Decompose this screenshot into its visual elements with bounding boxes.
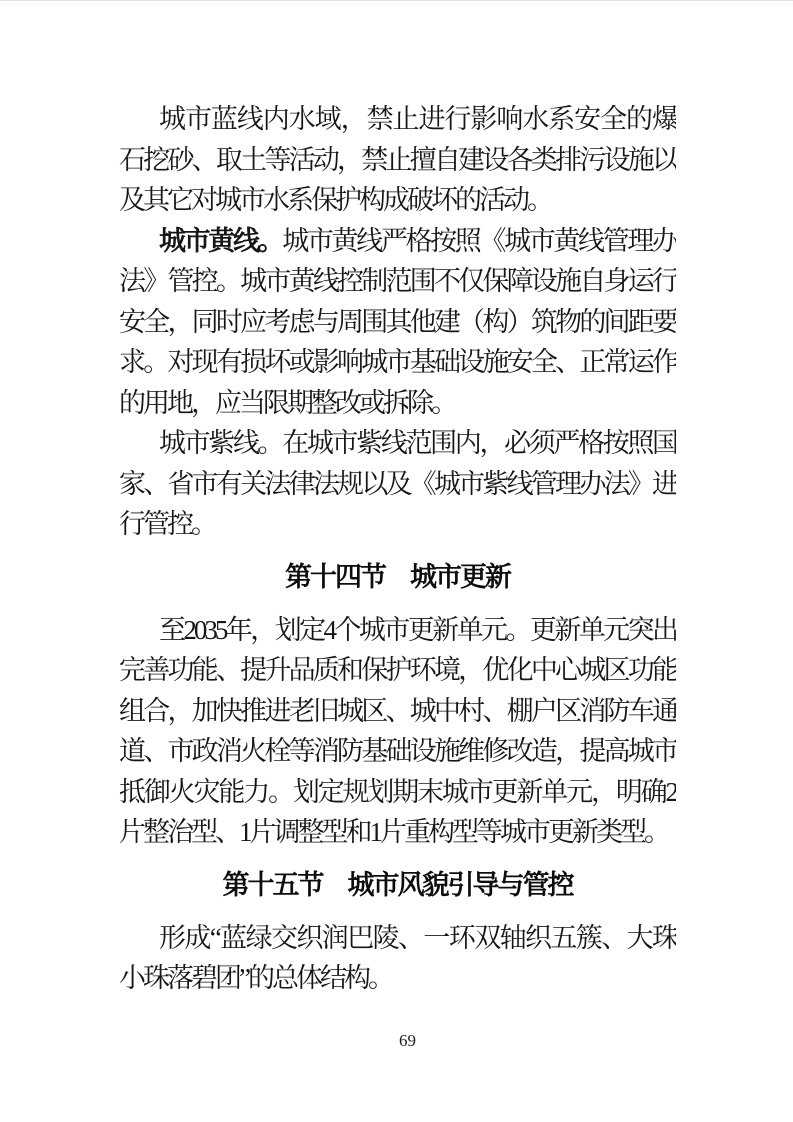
document-page: 城市蓝线内水域，禁止进行影响水系安全的爆破、采石挖砂、取土等活动，禁止擅自建设各… (0, 0, 793, 1122)
text-line: 组合，加快推进老旧城区、城中村、棚户区消防车通 (119, 691, 676, 732)
text-line: 石挖砂、取土等活动，禁止擅自建设各类排污设施以 (119, 140, 676, 181)
purple-line-paragraph: 城市紫线。在城市紫线范围内，必须严格按照国家、省市有关法律法规以及《城市紫线管理… (119, 423, 676, 545)
urban-renewal-paragraph: 至2035年，划定4个城市更新单元。更新单元突出完善功能、提升品质和保护环境，优… (119, 610, 676, 853)
section-14-heading: 第十四节 城市更新 (119, 557, 676, 598)
bold-lead-in: 城市黄线。 (159, 226, 282, 256)
text-line: 家、省市有关法律法规以及《城市紫线管理办法》进 (119, 464, 676, 505)
text-line: 及其它对城市水系保护构成破坏的活动。 (119, 180, 676, 221)
section-15-heading: 第十五节 城市风貌引导与管控 (119, 865, 676, 906)
text-line: 法》管控。城市黄线控制范围不仅保障设施自身运行 (119, 261, 676, 302)
text-line: 城市蓝线内水域，禁止进行影响水系安全的爆破、采 (119, 99, 676, 140)
text-line: 至2035年，划定4个城市更新单元。更新单元突出 (119, 610, 676, 651)
yellow-line-paragraph: 城市黄线。城市黄线严格按照《城市黄线管理办法》管控。城市黄线控制范围不仅保障设施… (119, 221, 676, 424)
text-line: 城市黄线。城市黄线严格按照《城市黄线管理办 (119, 221, 676, 262)
text-line: 片整治型、1片调整型和1片重构型等城市更新类型。 (119, 812, 676, 853)
text-line: 行管控。 (119, 504, 676, 545)
document-body: 城市蓝线内水域，禁止进行影响水系安全的爆破、采石挖砂、取土等活动，禁止擅自建设各… (119, 99, 676, 999)
page-number: 69 (0, 1031, 793, 1051)
text-line: 安全，同时应考虑与周围其他建（构）筑物的间距要 (119, 302, 676, 343)
text-line: 小珠落碧团”的总体结构。 (119, 958, 676, 999)
text-line: 城市紫线。在城市紫线范围内，必须严格按照国 (119, 423, 676, 464)
text-line: 求。对现有损坏或影响城市基础设施安全、正常运作 (119, 342, 676, 383)
cityscape-structure-paragraph: 形成“蓝绿交织润巴陵、一环双轴织五簇、大珠小珠落碧团”的总体结构。 (119, 918, 676, 999)
text-line: 抵御火灾能力。划定规划期末城市更新单元，明确2 (119, 772, 676, 813)
blue-line-paragraph: 城市蓝线内水域，禁止进行影响水系安全的爆破、采石挖砂、取土等活动，禁止擅自建设各… (119, 99, 676, 221)
text-line: 完善功能、提升品质和保护环境，优化中心城区功能 (119, 650, 676, 691)
text-line: 道、市政消火栓等消防基础设施维修改造，提高城市 (119, 731, 676, 772)
text-line: 的用地，应当限期整改或拆除。 (119, 383, 676, 424)
text-line: 形成“蓝绿交织润巴陵、一环双轴织五簇、大珠 (119, 918, 676, 959)
